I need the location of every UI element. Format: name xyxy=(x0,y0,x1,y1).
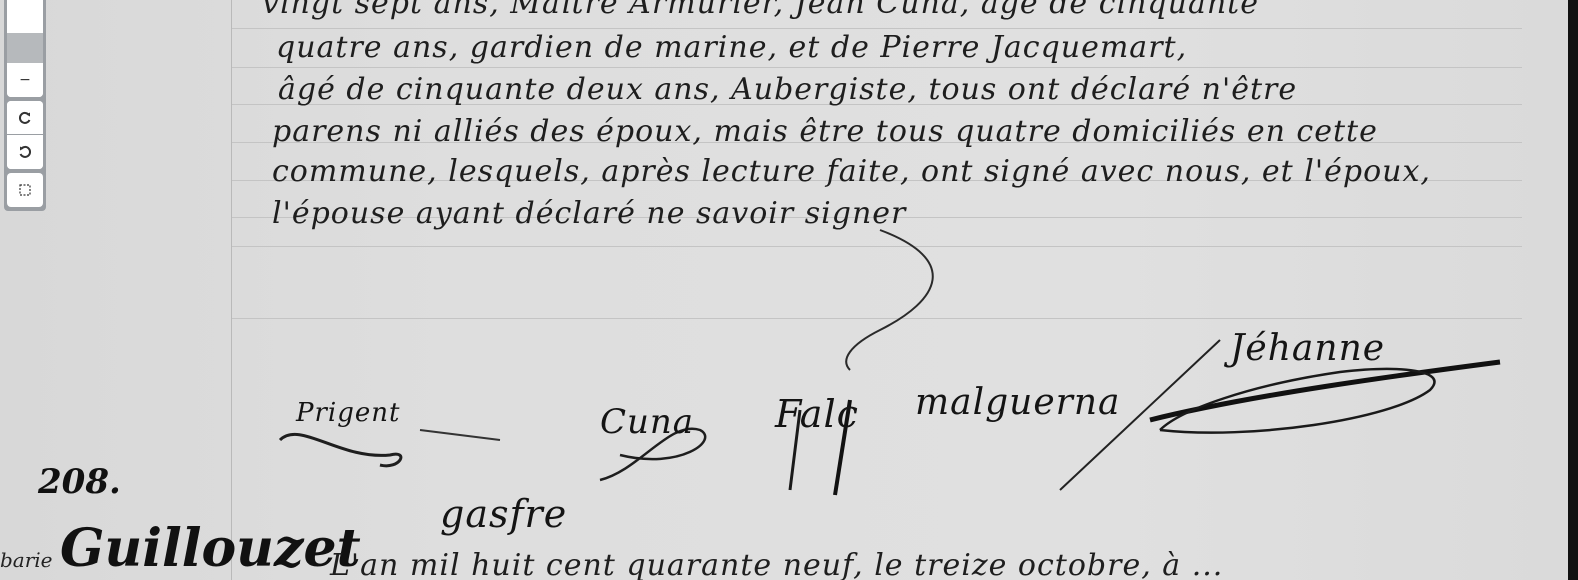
select-area-icon xyxy=(19,184,31,196)
signature-falc: Falc xyxy=(775,392,859,436)
zoom-out-button[interactable]: − xyxy=(7,63,43,97)
signature-malguerna: malguerna xyxy=(915,382,1121,423)
signature-flourishes xyxy=(0,0,1568,580)
minus-icon: − xyxy=(19,72,31,88)
zoom-slider-handle[interactable] xyxy=(7,33,43,63)
entry-surname: Guillouzet xyxy=(60,518,361,579)
signature-cuna: Cuna xyxy=(600,402,694,442)
rotate-control-group xyxy=(7,101,43,169)
signature-prigent: Prigent xyxy=(296,398,400,428)
signature-jehanne: Jéhanne xyxy=(1230,328,1385,369)
rotate-right-button[interactable] xyxy=(7,101,43,135)
margin-prefix: barie xyxy=(0,548,53,572)
zoom-control-group: − xyxy=(7,0,43,97)
entry-number: 208. xyxy=(38,462,121,502)
document-viewer[interactable]: vingt sept ans, Maître Armurier, Jean Cu… xyxy=(0,0,1578,580)
rotate-right-icon xyxy=(18,111,32,125)
rotate-left-button[interactable] xyxy=(7,135,43,169)
document-page-image[interactable]: vingt sept ans, Maître Armurier, Jean Cu… xyxy=(0,0,1568,580)
fit-control-group xyxy=(7,173,43,207)
page-edge-shadow xyxy=(1568,0,1578,580)
select-area-button[interactable] xyxy=(7,173,43,207)
entry-first-line: L'an mil huit cent quarante neuf, le tre… xyxy=(330,548,1223,580)
rotate-left-icon xyxy=(18,145,32,159)
signature-gasfre: gasfre xyxy=(440,492,567,536)
zoom-slider-track[interactable] xyxy=(7,0,43,33)
viewer-toolbar: − xyxy=(4,0,46,211)
